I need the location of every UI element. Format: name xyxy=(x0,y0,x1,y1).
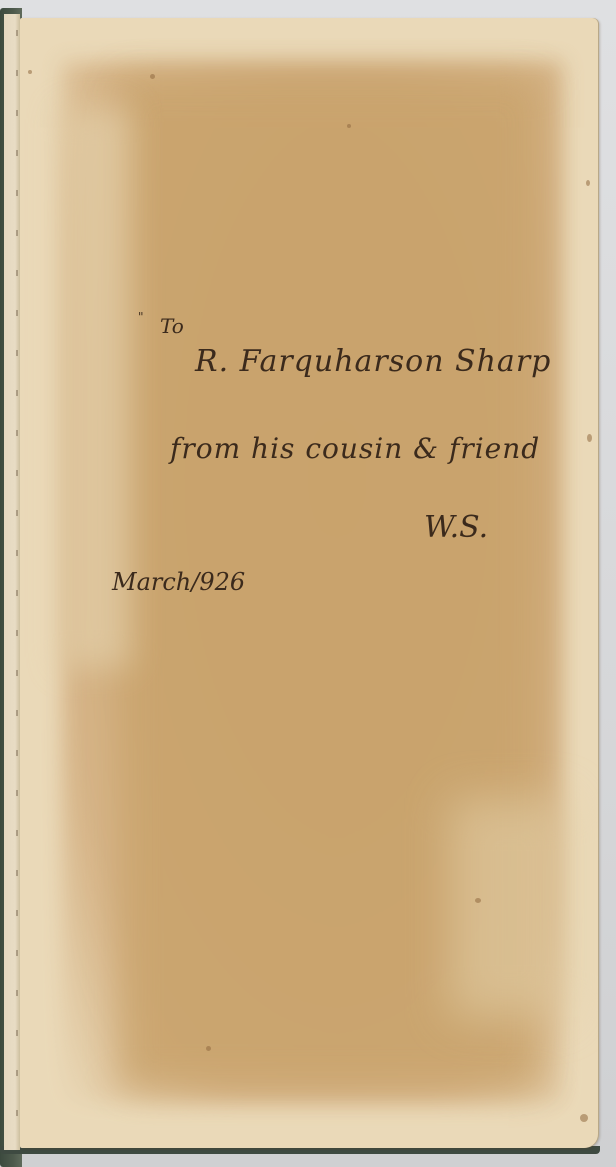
inscription-salutation: To xyxy=(160,314,184,338)
foxing-spot xyxy=(587,434,592,442)
foxing-spot xyxy=(206,1046,211,1051)
gutter-stitching xyxy=(16,30,18,1130)
foxing-spot xyxy=(150,74,155,79)
foxing-spot xyxy=(347,124,351,128)
foxing-spot xyxy=(586,180,590,186)
flyleaf-page: " To R. Farquharson Sharp from his cousi… xyxy=(20,18,598,1148)
inscription-relation: from his cousin & friend xyxy=(170,432,540,465)
inscription-signature: W.S. xyxy=(424,510,488,545)
inscription-date: March/926 xyxy=(112,568,245,596)
foxing-spot xyxy=(475,898,481,903)
foxing-spot xyxy=(580,1114,588,1122)
inscription-mark: " xyxy=(138,310,144,324)
foxing-spot xyxy=(28,70,32,74)
inscription-recipient: R. Farquharson Sharp xyxy=(195,344,551,379)
pale-stain-right xyxy=(450,798,570,1018)
